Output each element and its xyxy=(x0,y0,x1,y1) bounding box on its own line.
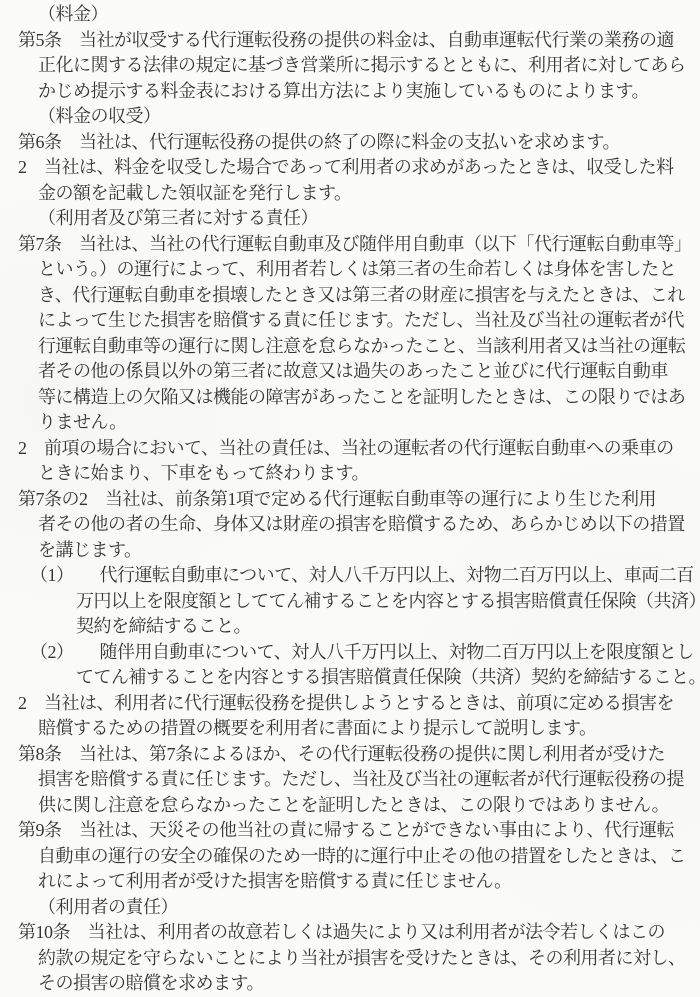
article-line-continuation: 等に構造上の欠陥又は機能の障害があったことを証明したときは、この限りではあ xyxy=(0,385,700,411)
article-line: 2 当社は、料金を収受した場合であって利用者の求めがあったときは、収受した料 xyxy=(0,155,700,181)
article-line-continuation: ときに始まり、下車をもって終わります。 xyxy=(0,461,700,487)
article-line-continuation: れによって利用者が受けた損害を賠償する責に任じません。 xyxy=(0,869,700,895)
article-line: 第6条 当社は、代行運転役務の提供の終了の際に料金の支払いを求めます。 xyxy=(0,130,700,156)
article-line: 第7条 当社は、当社の代行運転自動車及び随伴用自動車（以下「代行運転自動車等」 xyxy=(0,232,700,258)
article-line-continuation: かじめ提示する料金表における算出方法により実施しているものによります。 xyxy=(0,79,700,105)
article-line-continuation: 賠償するための措置の概要を利用者に書面により提示して説明します。 xyxy=(0,716,700,742)
article-line-continuation: 行運転自動車等の運行に関し注意を怠らなかったこと、当該利用者又は当社の運転 xyxy=(0,334,700,360)
article-line-continuation: りません。 xyxy=(0,410,700,436)
article-line: 第5条 当社が収受する代行運転役務の提供の料金は、自動車運転代行業の業務の適 xyxy=(0,28,700,54)
article-line-continuation: 供に関し注意を怠らなかったことを証明したときは、この限りではありません。 xyxy=(0,793,700,819)
article-line-continuation: を講じます。 xyxy=(0,538,700,564)
section-heading: （利用者の責任） xyxy=(0,895,700,921)
article-line: 第7条の2 当社は、前条第1項で定める代行運転自動車等の運行により生じた利用 xyxy=(0,487,700,513)
list-item-line: （1） 代行運転自動車について、対人八千万円以上、対物二百万円以上、車両二百 xyxy=(0,563,700,589)
article-line: 2 当社は、利用者に代行運転役務を提供しようとするときは、前項に定める損害を xyxy=(0,691,700,717)
list-item-continuation: 万円以上を限度額としててん補することを内容とする損害賠償責任保険（共済） xyxy=(0,589,700,615)
article-line-continuation: その損害の賠償を求めます。 xyxy=(0,971,700,997)
article-line-continuation: 正化に関する法律の規定に基づき営業所に掲示するとともに、利用者に対してあら xyxy=(0,53,700,79)
article-line-continuation: 約款の規定を守らないことにより当社が損害を受けたときは、その利用者に対し、 xyxy=(0,946,700,972)
section-heading: （利用者及び第三者に対する責任） xyxy=(0,206,700,232)
article-line-continuation: 金の額を記載した領収証を発行します。 xyxy=(0,181,700,207)
list-item-continuation: 契約を締結すること。 xyxy=(0,614,700,640)
article-line-continuation: き、代行運転自動車を損壊したとき又は第三者の財産に損害を与えたときは、これ xyxy=(0,283,700,309)
section-heading: （料金） xyxy=(0,2,700,28)
section-heading: （料金の収受） xyxy=(0,104,700,130)
article-line-continuation: 者その他の者の生命、身体又は財産の損害を賠償するため、あらかじめ以下の措置 xyxy=(0,512,700,538)
article-line: 2 前項の場合において、当社の責任は、当社の運転者の代行運転自動車への乗車の xyxy=(0,436,700,462)
article-line-continuation: 損害を賠償する責に任じます。ただし、当社及び当社の運転者が代行運転役務の提 xyxy=(0,767,700,793)
list-item-line: （2） 随伴用自動車について、対人八千万円以上、対物二百万円以上を限度額とし xyxy=(0,640,700,666)
article-line: 第8条 当社は、第7条によるほか、その代行運転役務の提供に関し利用者が受けた xyxy=(0,742,700,768)
article-line-continuation: という。）の運行によって、利用者若しくは第三者の生命若しくは身体を害したと xyxy=(0,257,700,283)
article-line-continuation: 自動車の運行の安全の確保のため一時的に運行中止その他の措置をしたときは、こ xyxy=(0,844,700,870)
scanned-document-page: （料金）第5条 当社が収受する代行運転役務の提供の料金は、自動車運転代行業の業務… xyxy=(0,0,700,997)
article-line-continuation: 者その他の係員以外の第三者に故意又は過失のあったこと並びに代行運転自動車 xyxy=(0,359,700,385)
article-line-continuation: によって生じた損害を賠償する責に任じます。ただし、当社及び当社の運転者が代 xyxy=(0,308,700,334)
article-line: 第9条 当社は、天災その他当社の責に帰することができない事由により、代行運転 xyxy=(0,818,700,844)
list-item-continuation: ててん補することを内容とする損害賠償責任保険（共済）契約を締結すること。 xyxy=(0,665,700,691)
article-line: 第10条 当社は、利用者の故意若しくは過失により又は利用者が法令若しくはこの xyxy=(0,920,700,946)
